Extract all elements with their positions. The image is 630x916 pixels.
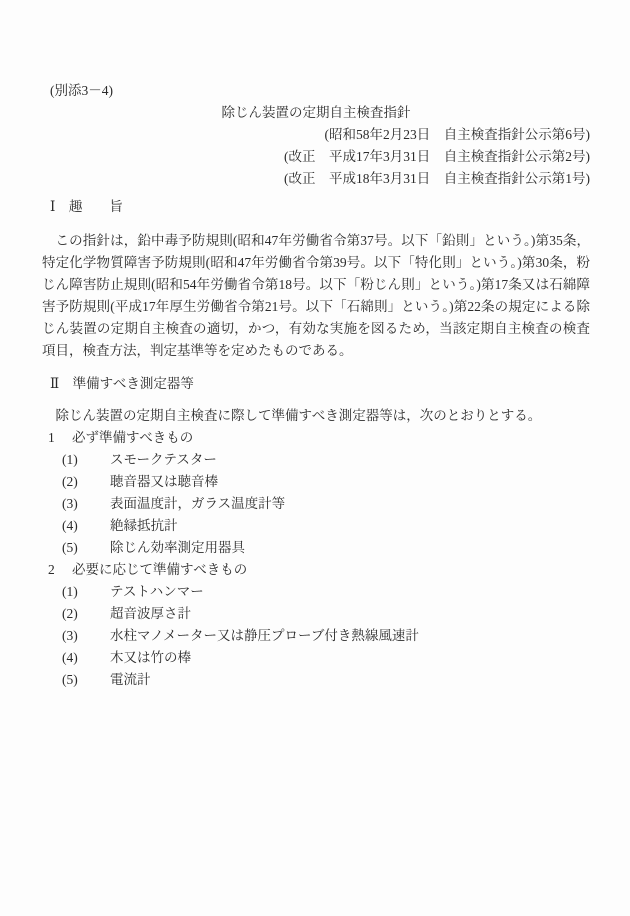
revision-line-amendment-1: (改正 平成17年3月31日 自主検査指針公示第2号) [42, 146, 590, 168]
attachment-label: (別添3－4) [50, 80, 590, 102]
item-number: (2) [62, 603, 110, 625]
document-title: 除じん装置の定期自主検査指針 [42, 102, 590, 124]
item-number: (4) [62, 647, 110, 669]
revision-line-original: (昭和58年2月23日 自主検査指針公示第6号) [42, 124, 590, 146]
list-group-title-as-needed: 2必要に応じて準備すべきもの [48, 559, 590, 581]
item-number: (5) [62, 537, 110, 559]
purpose-paragraph: この指針は，鉛中毒予防規則(昭和47年労働省令第37号。以下「鉛則」という。)第… [42, 230, 590, 362]
list-item: (1)テストハンマー [62, 581, 590, 603]
group-number: 2 [48, 559, 72, 581]
section-heading-instruments: Ⅱ 準備すべき測定器等 [50, 373, 590, 395]
item-text: 聴音器又は聴音棒 [110, 474, 218, 489]
item-text: 絶縁抵抗計 [110, 518, 178, 533]
item-text: 木又は竹の棒 [110, 650, 191, 665]
section-heading-purpose: Ⅰ 趣 旨 [50, 196, 590, 218]
list-item: (5)電流計 [62, 669, 590, 691]
item-number: (4) [62, 515, 110, 537]
item-text: テストハンマー [110, 584, 204, 599]
list-item: (2)超音波厚さ計 [62, 603, 590, 625]
list-item: (3)水柱マノメーター又は静圧プローブ付き熱線風速計 [62, 625, 590, 647]
item-number: (1) [62, 449, 110, 471]
list-item: (4)木又は竹の棒 [62, 647, 590, 669]
group-title-text: 必ず準備すべきもの [72, 430, 193, 445]
item-text: 表面温度計，ガラス温度計等 [110, 496, 285, 511]
group-number: 1 [48, 427, 72, 449]
document-page: (別添3－4) 除じん装置の定期自主検査指針 (昭和58年2月23日 自主検査指… [0, 0, 630, 916]
revision-block: (昭和58年2月23日 自主検査指針公示第6号) (改正 平成17年3月31日 … [42, 124, 590, 190]
item-number: (3) [62, 493, 110, 515]
item-number: (5) [62, 669, 110, 691]
item-text: 除じん効率測定用器具 [110, 540, 245, 555]
list-group-title-required: 1必ず準備すべきもの [48, 427, 590, 449]
item-number: (1) [62, 581, 110, 603]
item-text: 水柱マノメーター又は静圧プローブ付き熱線風速計 [110, 628, 419, 643]
item-number: (2) [62, 471, 110, 493]
list-item: (1)スモークテスター [62, 449, 590, 471]
list-item: (3)表面温度計，ガラス温度計等 [62, 493, 590, 515]
item-text: スモークテスター [110, 452, 217, 467]
instruments-intro: 除じん装置の定期自主検査に際して準備すべき測定器等は，次のとおりとする。 [42, 405, 590, 427]
list-item: (5)除じん効率測定用器具 [62, 537, 590, 559]
group-title-text: 必要に応じて準備すべきもの [72, 562, 247, 577]
item-number: (3) [62, 625, 110, 647]
item-text: 電流計 [110, 672, 151, 687]
item-text: 超音波厚さ計 [110, 606, 191, 621]
list-item: (4)絶縁抵抗計 [62, 515, 590, 537]
revision-line-amendment-2: (改正 平成18年3月31日 自主検査指針公示第1号) [42, 168, 590, 190]
list-item: (2)聴音器又は聴音棒 [62, 471, 590, 493]
